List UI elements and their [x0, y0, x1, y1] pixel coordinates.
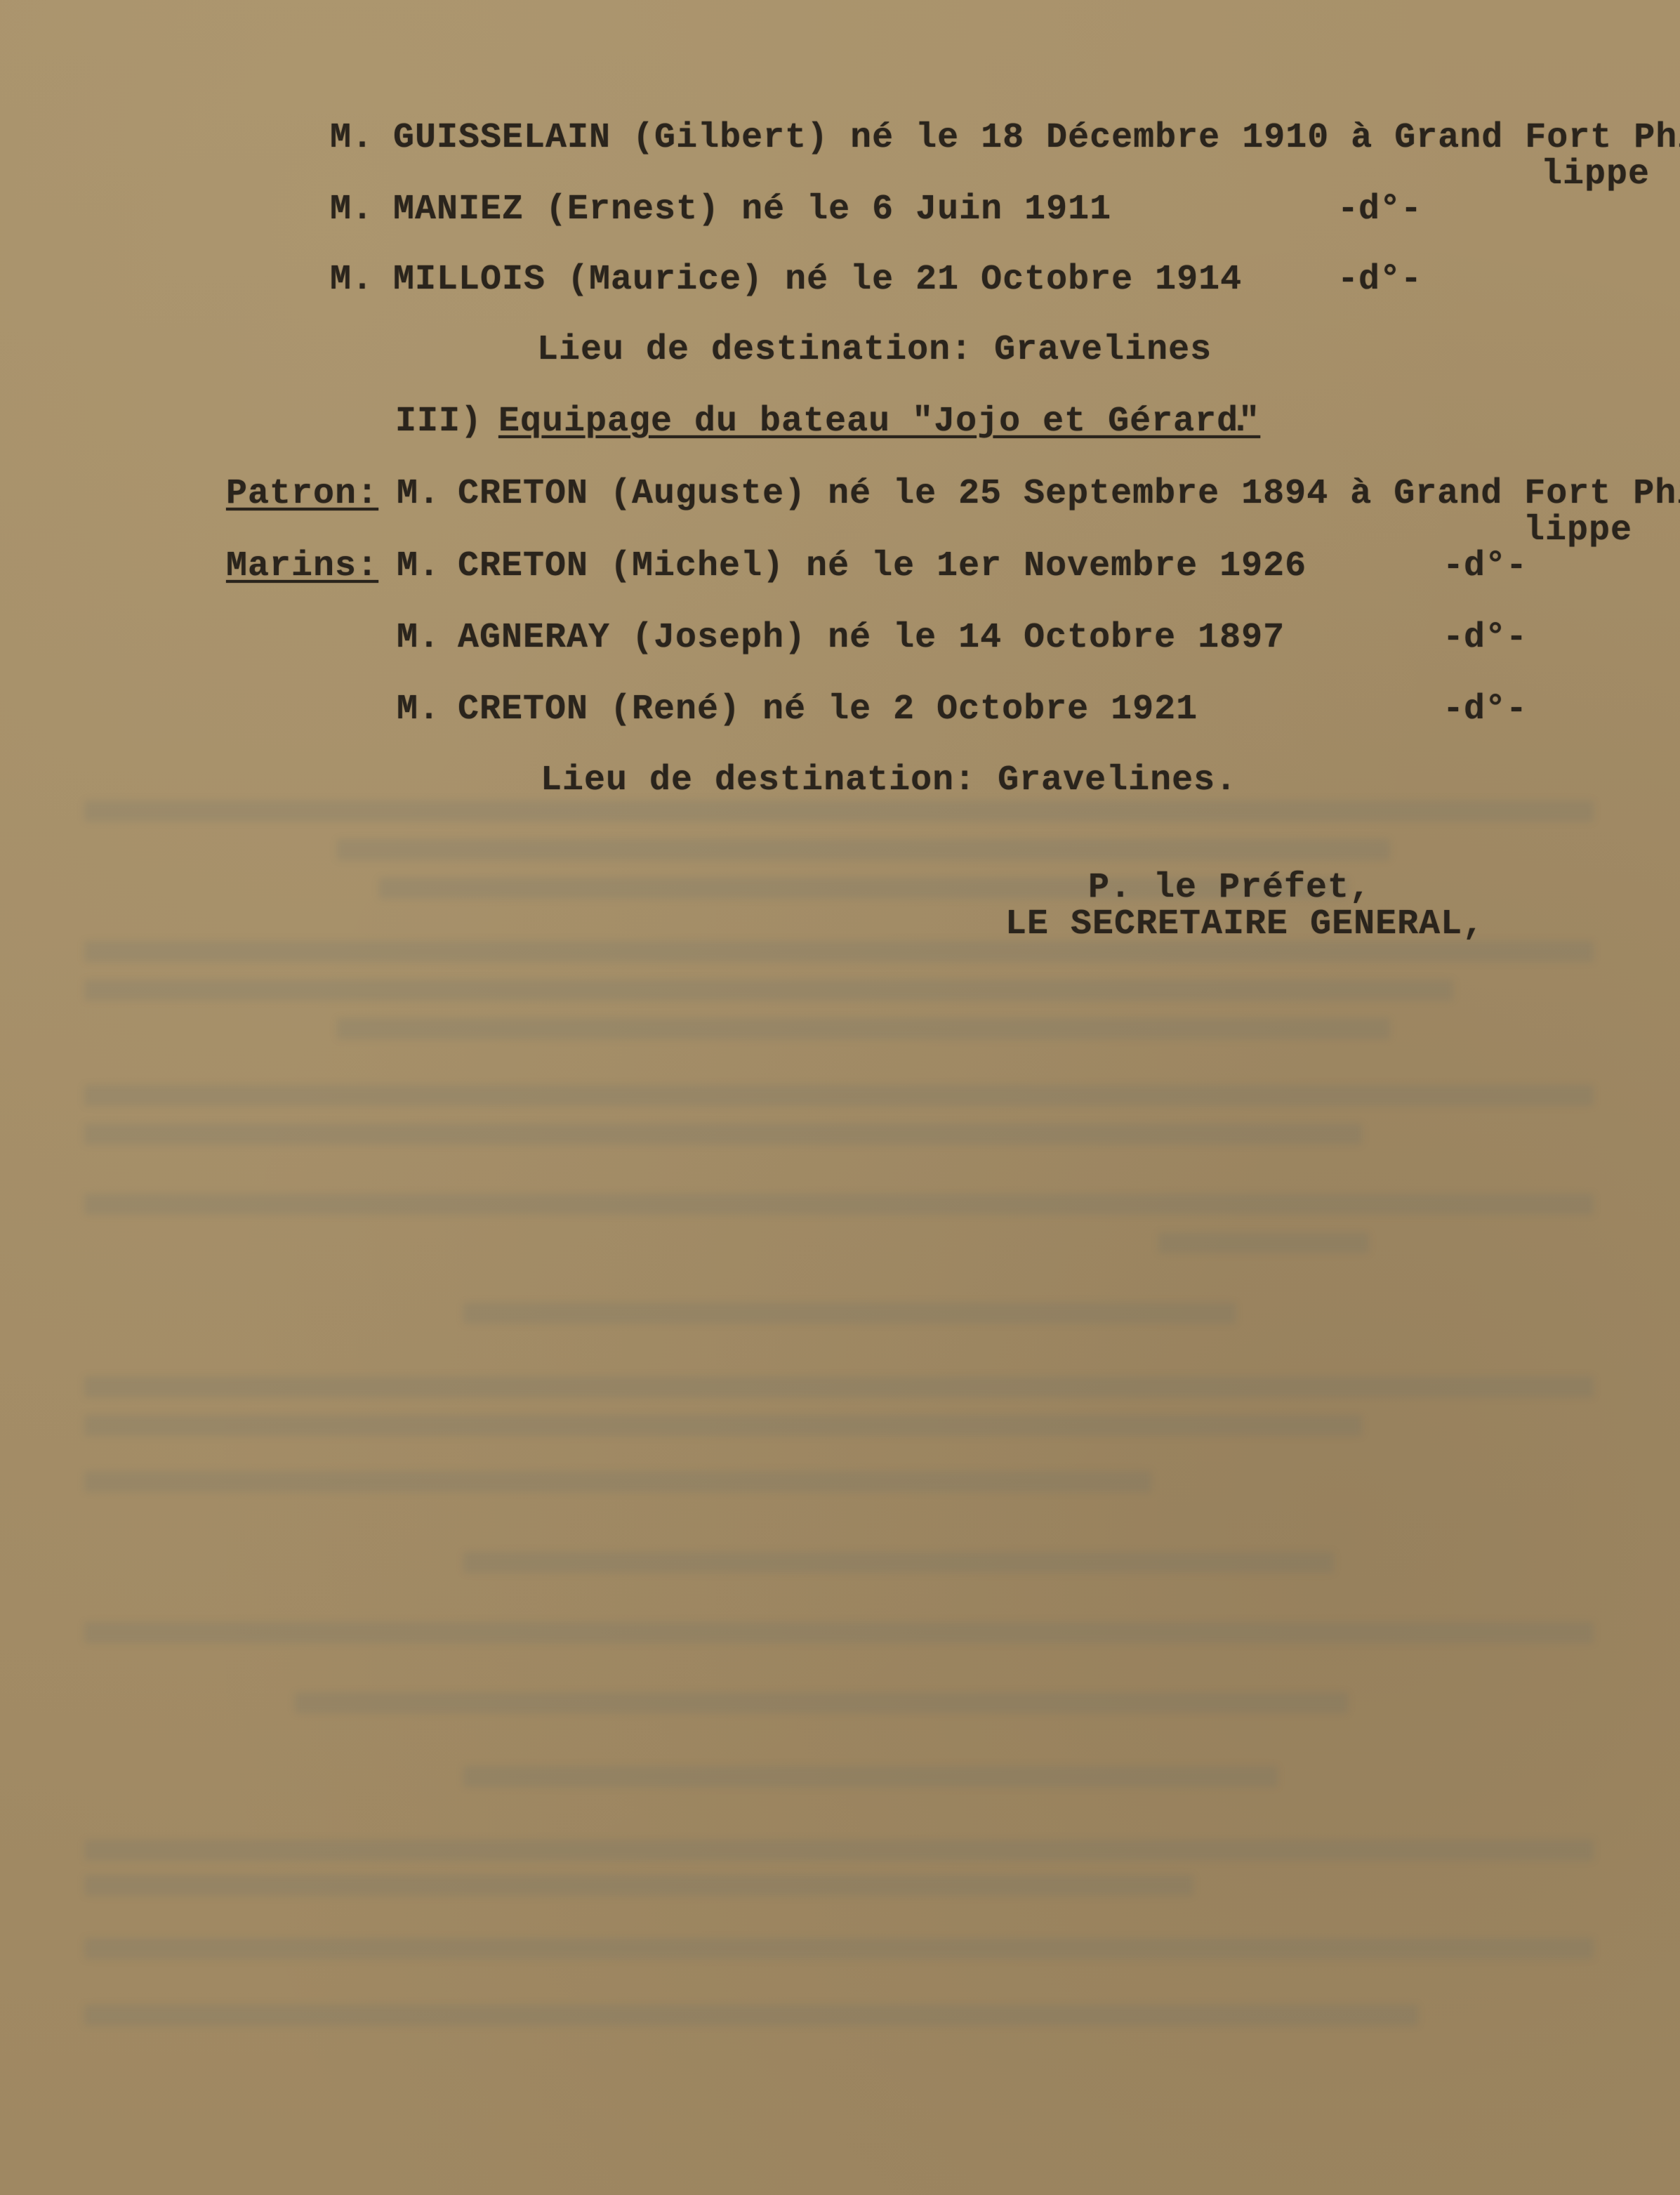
person-title: M.	[330, 118, 373, 158]
ibid-mark: -d°-	[1443, 546, 1527, 586]
person-title: M.	[397, 690, 440, 730]
destination-line: Lieu de destination: Gravelines	[537, 330, 1212, 370]
person-details: CRETON (René) né le 2 Octobre 1921	[458, 690, 1198, 730]
person-details: MILLOIS (Maurice) né le 21 Octobre 1914	[393, 260, 1242, 300]
ibid-mark: -d°-	[1443, 618, 1527, 658]
person-title: M.	[397, 546, 440, 586]
person-continuation: lippe	[1523, 510, 1632, 551]
person-details: GUISSELAIN (Gilbert) né le 18 Décembre 1…	[393, 118, 1680, 158]
person-title: M.	[397, 474, 440, 514]
ibid-mark: -d°-	[1443, 690, 1527, 730]
person-details: CRETON (Michel) né le 1er Novembre 1926	[458, 546, 1307, 586]
signature-line-prefet: P. le Préfet,	[1088, 868, 1371, 908]
heading-number: III)	[395, 402, 482, 442]
heading-end: .	[1230, 402, 1252, 442]
heading-text: Equipage du bateau "Jojo et Gérard"	[498, 402, 1260, 442]
person-title: M.	[330, 190, 373, 230]
person-continuation: lippe	[1541, 154, 1650, 195]
patron-label: Patron:	[226, 474, 378, 514]
signature-line-secretaire: LE SECRETAIRE GENERAL,	[1005, 904, 1484, 944]
marins-label: Marins:	[226, 546, 378, 586]
ibid-mark: -d°-	[1337, 260, 1422, 300]
person-details: AGNERAY (Joseph) né le 14 Octobre 1897	[458, 618, 1285, 658]
person-details: MANIEZ (Ernest) né le 6 Juin 1911	[393, 190, 1111, 230]
person-title: M.	[330, 260, 373, 300]
person-title: M.	[397, 618, 440, 658]
person-details: CRETON (Auguste) né le 25 Septembre 1894…	[458, 474, 1680, 514]
ibid-mark: -d°-	[1337, 190, 1422, 230]
destination-line: Lieu de destination: Gravelines.	[541, 760, 1237, 800]
